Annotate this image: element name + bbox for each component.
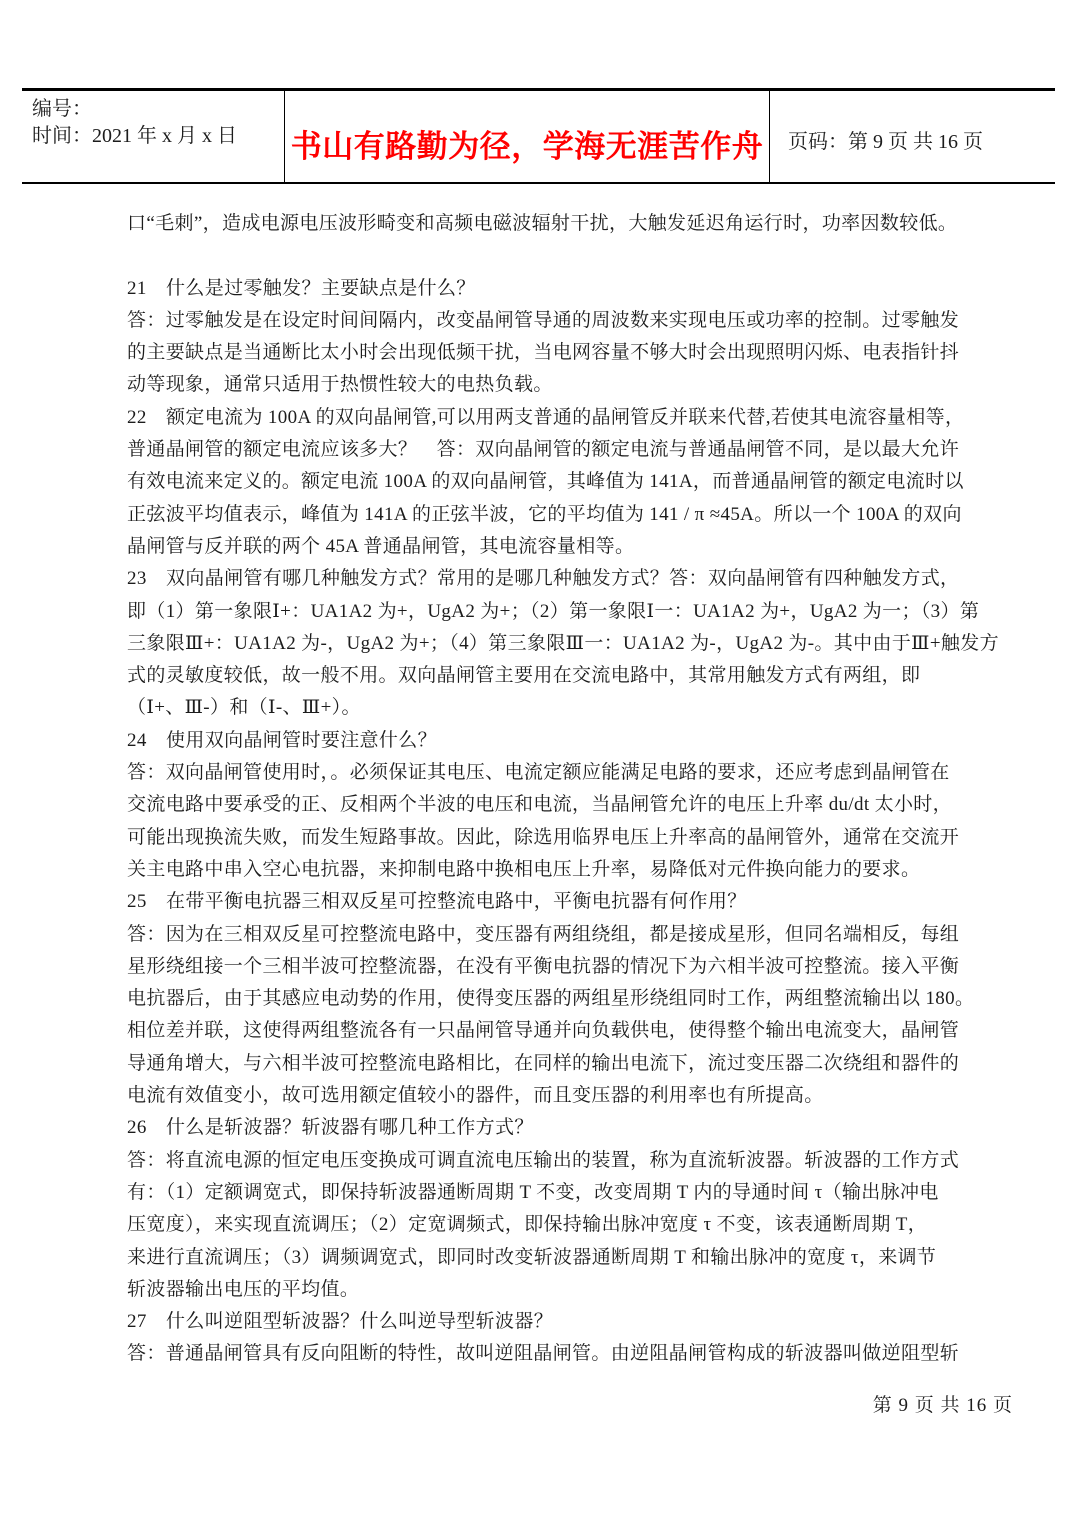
text-line: 可能出现换流失败，而发生短路事故。因此，除选用临界电压上升率高的晶闸管外，通常在… bbox=[127, 822, 963, 854]
text-line: 来进行直流调压；（3）调频调宽式，即同时改变斩波器通断周期 T 和输出脉冲的宽度… bbox=[127, 1242, 963, 1274]
text-line: 26 什么是斩波器？斩波器有哪几种工作方式？ bbox=[127, 1112, 963, 1144]
text-line: 22 额定电流为 100A 的双向晶闸管,可以用两支普通的晶闸管反并联来代替,若… bbox=[127, 402, 963, 434]
text-line: 的主要缺点是当通断比太小时会出现低频干扰，当电网容量不够大时会出现照明闪烁、电表… bbox=[127, 337, 963, 369]
text-line: 关主电路中串入空心电抗器，来抑制电路中换相电压上升率，易降低对元件换向能力的要求… bbox=[127, 854, 963, 886]
text-line: 27 什么叫逆阻型斩波器？什么叫逆导型斩波器？ bbox=[127, 1306, 963, 1338]
text-line: 三象限Ⅲ+：UA1A2 为-，UgA2 为+；（4）第三象限Ⅲ一：UA1A2 为… bbox=[127, 628, 963, 660]
text-line: 正弦波平均值表示，峰值为 141A 的正弦半波，它的平均值为 141 / π ≈… bbox=[127, 499, 963, 531]
text-line: 星形绕组接一个三相半波可控整流器，在没有平衡电抗器的情况下为六相半波可控整流。接… bbox=[127, 951, 963, 983]
text-line: 压宽度），来实现直流调压；（2）定宽调频式，即保持输出脉冲宽度 τ 不变，该表通… bbox=[127, 1209, 963, 1241]
text-line: 有：（1）定额调宽式，即保持斩波器通断周期 T 不变，改变周期 T 内的导通时间… bbox=[127, 1177, 963, 1209]
text-line: 即（1）第一象限Ⅰ+：UA1A2 为+，UgA2 为+；（2）第一象限Ⅰ一：UA… bbox=[127, 596, 963, 628]
text-line: 21 什么是过零触发？主要缺点是什么？ bbox=[127, 273, 963, 305]
document-number-label: 编号： bbox=[32, 96, 276, 123]
text-line: 答：因为在三相双反星可控整流电路中，变压器有两组绕组，都是接成星形，但同名端相反… bbox=[127, 919, 963, 951]
text-line: 答：普通晶闸管具有反向阻断的特性，故叫逆阻晶闸管。由逆阻晶闸管构成的斩波器叫做逆… bbox=[127, 1338, 963, 1370]
header-meta-cell: 编号： 时间：2021 年 x 月 x 日 bbox=[22, 91, 285, 182]
text-line: 电抗器后，由于其感应电动势的作用，使得变压器的两组星形绕组同时工作，两组整流输出… bbox=[127, 983, 963, 1015]
document-page: 编号： 时间：2021 年 x 月 x 日 书山有路勤为径，学海无涯苦作舟 页码… bbox=[0, 0, 1075, 1518]
text-line: 25 在带平衡电抗器三相双反星可控整流电路中，平衡电抗器有何作用？ bbox=[127, 886, 963, 918]
text-line: 动等现象，通常只适用于热惯性较大的电热负载。 bbox=[127, 369, 963, 401]
text-line: 答：双向晶闸管使用时，。必须保证其电压、电流定额应能满足电路的要求，还应考虑到晶… bbox=[127, 757, 963, 789]
header-motto-cell: 书山有路勤为径，学海无涯苦作舟 bbox=[285, 91, 770, 182]
header-page-info: 页码：第 9 页 共 16 页 bbox=[788, 125, 983, 154]
text-line: 晶闸管与反并联的两个 45A 普通晶闸管，其电流容量相等。 bbox=[127, 531, 963, 563]
header-page-info-cell: 页码：第 9 页 共 16 页 bbox=[770, 91, 1055, 182]
text-line: 口“毛刺”，造成电源电压波形畸变和高频电磁波辐射干扰，大触发延迟角运行时，功率因… bbox=[127, 208, 963, 240]
text-line: 交流电路中要承受的正、反相两个半波的电压和电流，当晶闸管允许的电压上升率 du/… bbox=[127, 789, 963, 821]
text-line: 答：过零触发是在设定时间间隔内，改变晶闸管导通的周波数来实现电压或功率的控制。过… bbox=[127, 305, 963, 337]
footer-page-info: 第 9 页 共 16 页 bbox=[873, 1390, 1013, 1417]
header-table: 编号： 时间：2021 年 x 月 x 日 书山有路勤为径，学海无涯苦作舟 页码… bbox=[22, 88, 1055, 184]
text-line: 23 双向晶闸管有哪几种触发方式？常用的是哪几种触发方式？答：双向晶闸管有四种触… bbox=[127, 563, 963, 595]
text-line: 导通角增大，与六相半波可控整流电路相比，在同样的输出电流下，流过变压器二次绕组和… bbox=[127, 1048, 963, 1080]
text-line: 24 使用双向晶闸管时要注意什么？ bbox=[127, 725, 963, 757]
text-line: 有效电流来定义的。额定电流 100A 的双向晶闸管，其峰值为 141A，而普通晶… bbox=[127, 466, 963, 498]
document-time-label: 时间：2021 年 x 月 x 日 bbox=[32, 123, 276, 150]
motto-text: 书山有路勤为径，学海无涯苦作舟 bbox=[291, 121, 764, 166]
text-line: 式的灵敏度较低，故一般不用。双向晶闸管主要用在交流电路中，其常用触发方式有两组，… bbox=[127, 660, 963, 692]
text-line bbox=[127, 240, 963, 272]
text-line: 斩波器输出电压的平均值。 bbox=[127, 1274, 963, 1306]
text-line: 普通晶闸管的额定电流应该多大？ 答：双向晶闸管的额定电流与普通晶闸管不同，是以最… bbox=[127, 434, 963, 466]
text-line: 答：将直流电源的恒定电压变换成可调直流电压输出的装置，称为直流斩波器。斩波器的工… bbox=[127, 1145, 963, 1177]
document-body: 口“毛刺”，造成电源电压波形畸变和高频电磁波辐射干扰，大触发延迟角运行时，功率因… bbox=[127, 208, 963, 1371]
text-line: 电流有效值变小，故可选用额定值较小的器件，而且变压器的利用率也有所提高。 bbox=[127, 1080, 963, 1112]
text-line: （Ⅰ+、Ⅲ-）和（Ⅰ-、Ⅲ+）。 bbox=[127, 692, 963, 724]
text-line: 相位差并联，这使得两组整流各有一只晶闸管导通并向负载供电，使得整个输出电流变大，… bbox=[127, 1015, 963, 1047]
